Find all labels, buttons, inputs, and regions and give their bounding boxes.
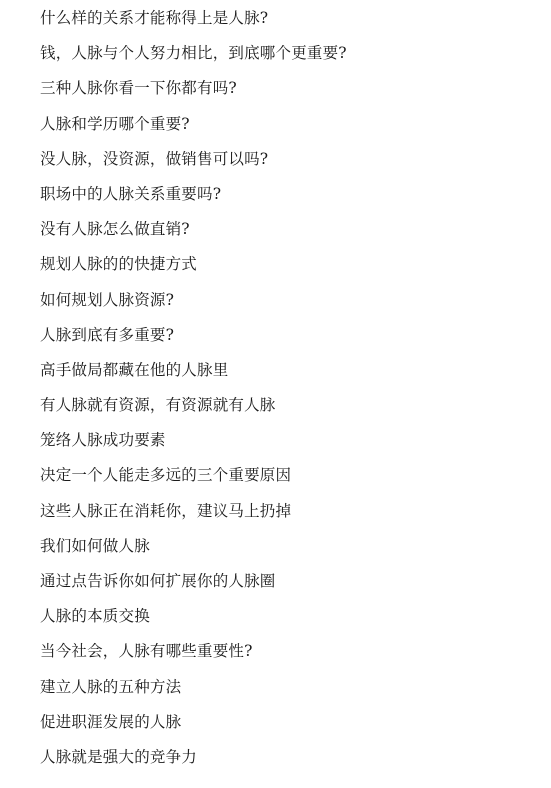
article-title: 人脉和学历哪个重要? <box>40 112 347 147</box>
article-title: 三种人脉你看一下你都有吗? <box>40 76 347 111</box>
article-title: 职场中的人脉关系重要吗? <box>40 182 347 217</box>
article-title: 促进职涯发展的人脉 <box>40 710 347 745</box>
article-title: 建立人脉的五种方法 <box>40 675 347 710</box>
article-title: 通过点告诉你如何扩展你的人脉圈 <box>40 569 347 604</box>
article-title-list: 什么样的关系才能称得上是人脉? 钱，人脉与个人努力相比，到底哪个更重要? 三种人… <box>40 6 347 780</box>
article-title: 人脉的本质交换 <box>40 604 347 639</box>
article-title: 规划人脉的的快捷方式 <box>40 252 347 287</box>
article-title: 决定一个人能走多远的三个重要原因 <box>40 463 347 498</box>
article-title: 人脉就是强大的竞争力 <box>40 745 347 780</box>
article-title: 如何规划人脉资源? <box>40 288 347 323</box>
article-title: 这些人脉正在消耗你，建议马上扔掉 <box>40 499 347 534</box>
article-title: 没有人脉怎么做直销? <box>40 217 347 252</box>
article-title: 没人脉，没资源，做销售可以吗? <box>40 147 347 182</box>
article-title: 钱，人脉与个人努力相比，到底哪个更重要? <box>40 41 347 76</box>
article-title: 什么样的关系才能称得上是人脉? <box>40 6 347 41</box>
article-title: 有人脉就有资源，有资源就有人脉 <box>40 393 347 428</box>
article-title: 笼络人脉成功要素 <box>40 428 347 463</box>
article-title: 高手做局都藏在他的人脉里 <box>40 358 347 393</box>
article-title: 当今社会，人脉有哪些重要性? <box>40 639 347 674</box>
article-title: 我们如何做人脉 <box>40 534 347 569</box>
article-title: 人脉到底有多重要? <box>40 323 347 358</box>
